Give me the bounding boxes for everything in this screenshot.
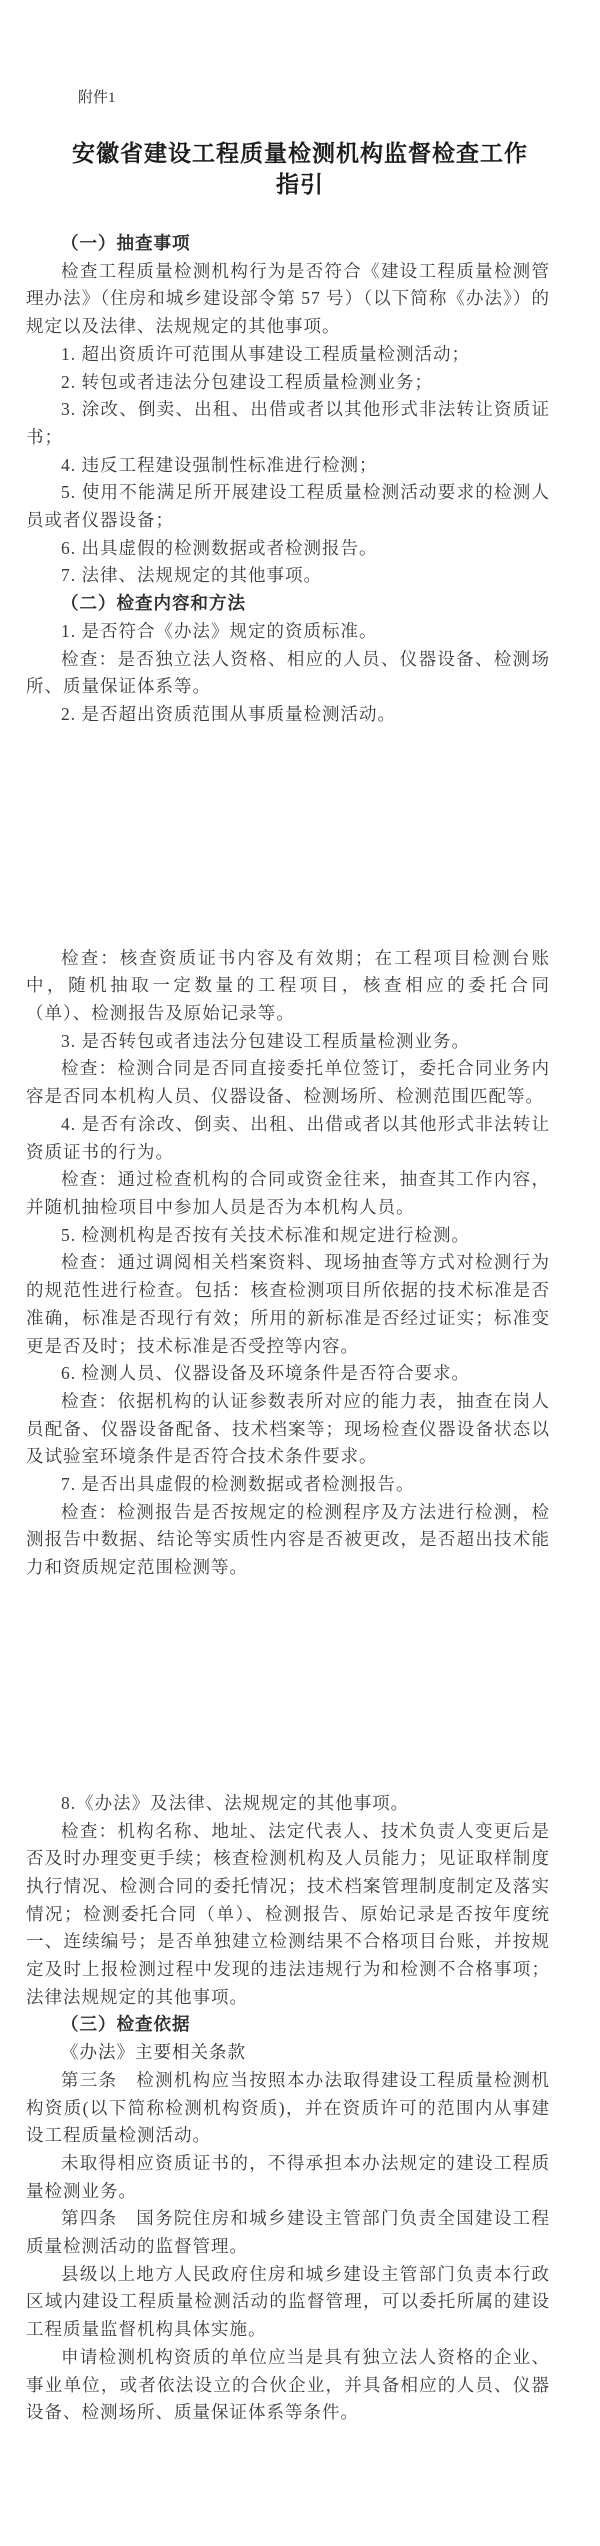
paragraph: 6. 检测人员、仪器设备及环境条件是否符合要求。 (26, 1360, 550, 1388)
paragraph: 7. 是否出具虚假的检测数据或者检测报告。 (26, 1471, 550, 1499)
section-heading: （一）抽查事项 (26, 230, 550, 258)
paragraph: 3. 是否转包或者违法分包建设工程质量检测业务。 (26, 1028, 550, 1056)
paragraph: 2. 是否超出资质范围从事质量检测活动。 (26, 701, 550, 729)
paragraph: 2. 转包或者违法分包建设工程质量检测业务； (26, 369, 550, 397)
paragraph: 申请检测机构资质的单位应当是具有独立法人资格的企业、事业单位，或者依法设立的合伙… (26, 2344, 550, 2427)
paragraph: 第三条 检测机构应当按照本办法取得建设工程质量检测机构资质(以下简称检测机构资质… (26, 2067, 550, 2150)
paragraph: 第四条 国务院住房和城乡建设主管部门负责全国建设工程质量检测活动的监督管理。 (26, 2205, 550, 2260)
document-page-1: （一）抽查事项检查工程质量检测机构行为是否符合《建设工程质量检测管理办法》（住房… (26, 230, 550, 729)
paragraph: 6. 出具虚假的检测数据或者检测报告。 (26, 535, 550, 563)
paragraph: 检查：通过检查机构的合同或资金往来，抽查其工作内容，并随机抽检项目中参加人员是否… (26, 1166, 550, 1221)
paragraph: 3. 涂改、倒卖、出租、出借或者以其他形式非法转让资质证书； (26, 396, 550, 451)
paragraph: 4. 违反工程建设强制性标准进行检测； (26, 452, 550, 480)
paragraph: 检查：检测报告是否按规定的检测程序及方法进行检测，检测报告中数据、结论等实质性内… (26, 1499, 550, 1582)
paragraph: 检查：依据机构的认证参数表所对应的能力表，抽查在岗人员配备、仪器设备配备、技术档… (26, 1388, 550, 1471)
scanned-document-page: 附件1 安徽省建设工程质量检测机构监督检查工作 指引 （一）抽查事项检查工程质量… (0, 0, 600, 2546)
document-body: （一）抽查事项检查工程质量检测机构行为是否符合《建设工程质量检测管理办法》（住房… (0, 230, 600, 2427)
section-heading: （三）检查依据 (26, 2011, 550, 2039)
paragraph: 检查：通过调阅相关档案资料、现场抽查等方式对检测行为的规范性进行检查。包括：核查… (26, 1249, 550, 1360)
paragraph: 检查：检测合同是否同直接委托单位签订，委托合同业务内容是否同本机构人员、仪器设备… (26, 1055, 550, 1110)
paragraph: 检查：核查资质证书内容及有效期；在工程项目检测台账中，随机抽取一定数量的工程项目… (26, 945, 550, 1028)
document-title-line-2: 指引 (0, 169, 600, 200)
paragraph: 1. 是否符合《办法》规定的资质标准。 (26, 618, 550, 646)
document-page-2: 检查：核查资质证书内容及有效期；在工程项目检测台账中，随机抽取一定数量的工程项目… (26, 945, 550, 1582)
paragraph: 检查：机构名称、地址、法定代表人、技术负责人变更后是否及时办理变更手续；核查检测… (26, 1818, 550, 2012)
paragraph: 5. 使用不能满足所开展建设工程质量检测活动要求的检测人员或者仪器设备； (26, 479, 550, 534)
attachment-label: 附件1 (0, 88, 600, 108)
paragraph: 1. 超出资质许可范围从事建设工程质量检测活动； (26, 341, 550, 369)
paragraph: 5. 检测机构是否按有关技术标准和规定进行检测。 (26, 1222, 550, 1250)
paragraph: 7. 法律、法规规定的其他事项。 (26, 562, 550, 590)
paragraph: 县级以上地方人民政府住房和城乡建设主管部门负责本行政区域内建设工程质量检测活动的… (26, 2261, 550, 2344)
paragraph: 4. 是否有涂改、倒卖、出租、出借或者以其他形式非法转让资质证书的行为。 (26, 1111, 550, 1166)
paragraph: 检查工程质量检测机构行为是否符合《建设工程质量检测管理办法》（住房和城乡建设部令… (26, 258, 550, 341)
document-title-line-1: 安徽省建设工程质量检测机构监督检查工作 (0, 138, 600, 169)
paragraph: 8.《办法》及法律、法规规定的其他事项。 (26, 1790, 550, 1818)
document-title: 安徽省建设工程质量检测机构监督检查工作 指引 (0, 138, 600, 200)
document-page-3: 8.《办法》及法律、法规规定的其他事项。检查：机构名称、地址、法定代表人、技术负… (26, 1790, 550, 2427)
paragraph: 检查：是否独立法人资格、相应的人员、仪器设备、检测场所、质量保证体系等。 (26, 646, 550, 701)
section-heading: （二）检查内容和方法 (26, 590, 550, 618)
paragraph: 未取得相应资质证书的，不得承担本办法规定的建设工程质量检测业务。 (26, 2150, 550, 2205)
sub-heading: 《办法》主要相关条款 (26, 2039, 550, 2067)
